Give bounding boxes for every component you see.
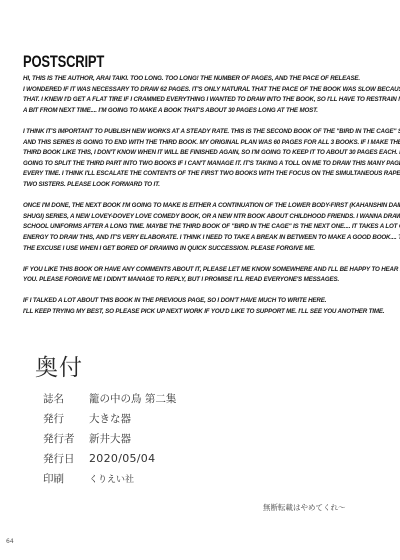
text-line: a bit from next time.... I'm going to ma… [23, 106, 385, 117]
postscript-paragraph-3: Once I'm done, the next book I'm going t… [23, 201, 385, 254]
postscript-paragraph-2: I think it's important to publish new wo… [23, 127, 385, 191]
colophon-value: くりえい社 [89, 472, 134, 485]
text-line: school uniforms after a long time. Maybe… [23, 222, 385, 233]
text-line: If you like this book or have any commen… [23, 265, 385, 276]
colophon-value: 籠の中の鳥 第二集 [89, 391, 176, 406]
postscript-paragraph-1: Hi, this is the author, Arai Taiki. Too … [23, 74, 385, 116]
text-line: that. I knew I'd get a flat tire if I cr… [23, 95, 385, 106]
text-line: I think it's important to publish new wo… [23, 127, 385, 138]
colophon-label: 発行日 [43, 451, 89, 466]
text-line: you. Please forgive me I didn't manage t… [23, 275, 385, 286]
colophon-heading: 奥付 [35, 349, 83, 382]
colophon-table: 誌名 籠の中の鳥 第二集 発行 大きな器 発行者 新井大器 発行日 2020/0… [43, 388, 176, 488]
text-line: If I talked a lot about this book in the… [23, 296, 385, 307]
postscript-title: POSTSCRIPT [23, 52, 104, 71]
text-line: and this series is going to end with the… [23, 138, 385, 149]
text-line: every time. I think I'll escalate the co… [23, 169, 385, 180]
colophon-row-publisher: 発行 大きな器 [43, 408, 176, 428]
colophon-value: 2020/05/04 [89, 452, 155, 465]
text-line: going to split the third part into two b… [23, 159, 385, 170]
colophon-row-date: 発行日 2020/05/04 [43, 448, 176, 468]
text-line: energy to draw this, and it's very elabo… [23, 233, 385, 244]
postscript-paragraph-4: If you like this book or have any commen… [23, 265, 385, 286]
no-repost-notice: 無断転載はやめてくれ〜 [263, 502, 346, 513]
colophon-label: 発行 [43, 411, 89, 426]
text-line: Shugi) series, a new lovey-dovey love co… [23, 212, 385, 223]
book-page: POSTSCRIPT Hi, this is the author, Arai … [0, 0, 400, 560]
colophon-value: 新井大器 [89, 431, 131, 446]
colophon-label: 印刷 [43, 471, 89, 486]
text-line: Hi, this is the author, Arai Taiki. Too … [23, 74, 385, 85]
colophon-row-issuer: 発行者 新井大器 [43, 428, 176, 448]
colophon-label: 誌名 [43, 391, 89, 406]
text-line: two sisters. Please look forward to it. [23, 180, 385, 191]
colophon-value: 大きな器 [89, 411, 131, 426]
colophon-label: 発行者 [43, 431, 89, 446]
postscript-paragraph-5: If I talked a lot about this book in the… [23, 296, 385, 317]
colophon-row-title: 誌名 籠の中の鳥 第二集 [43, 388, 176, 408]
text-line: third book like this, I don't know when … [23, 148, 385, 159]
page-number: 64 [6, 538, 14, 545]
text-line: I'll keep trying my best, so please pick… [23, 307, 385, 318]
text-line: the excuse I use when I get bored of dra… [23, 244, 385, 255]
postscript-body: Hi, this is the author, Arai Taiki. Too … [23, 74, 385, 328]
colophon-row-printer: 印刷 くりえい社 [43, 468, 176, 488]
text-line: I wondered if it was necessary to draw 6… [23, 85, 385, 96]
text-line: Once I'm done, the next book I'm going t… [23, 201, 385, 212]
